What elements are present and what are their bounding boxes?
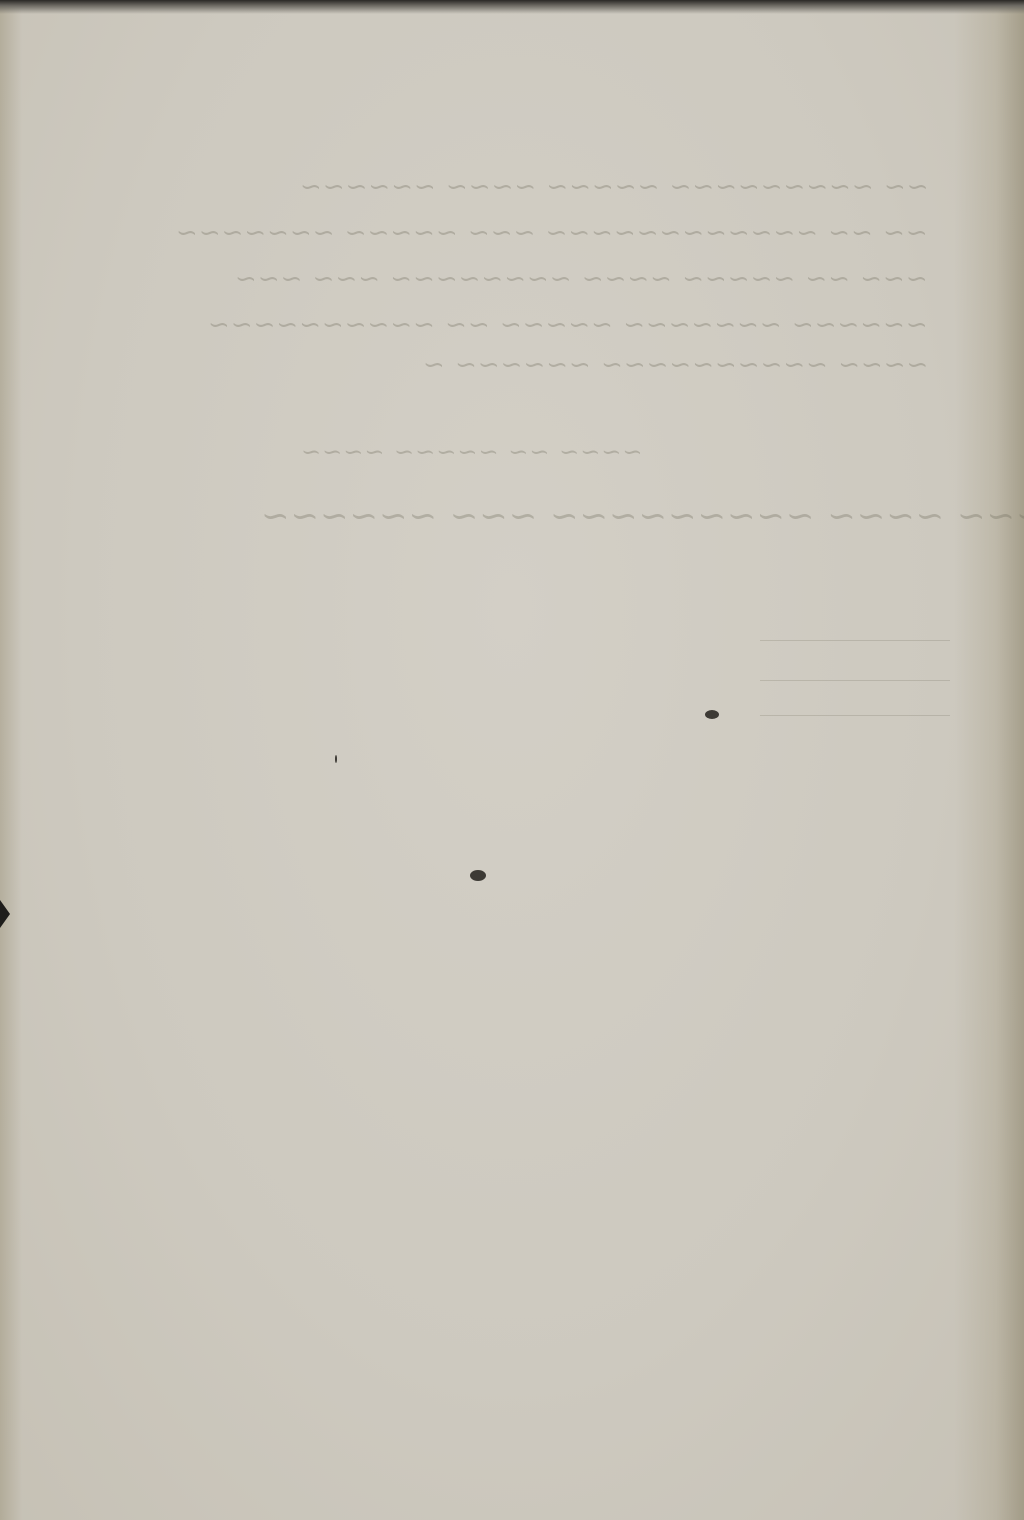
bleed-through-line-5: ~~~~ ~~~~~~~~~~ ~~~~~~ ~ xyxy=(422,350,928,380)
page-notch xyxy=(0,900,10,928)
ink-spot xyxy=(705,710,719,719)
signature-line-2: ~~~~ ~~~~ ~~~~~~~~~ ~~~ ~~~~~~ xyxy=(260,496,1024,536)
page-top-edge xyxy=(0,0,1024,14)
page-right-edge xyxy=(954,0,1024,1520)
faint-rule xyxy=(760,715,950,716)
bleed-through-line-1: ~~ ~~~~~~~~~ ~~~~~ ~~~~ ~~~~~~ xyxy=(299,172,928,202)
bleed-through-line-3: ~~~ ~~ ~~~~~ ~~~~ ~~~~~~~~ ~~~ ~~~ xyxy=(234,264,928,294)
manuscript-page: ~~ ~~~~~~~~~ ~~~~~ ~~~~ ~~~~~~ ~~ ~~ ~~~… xyxy=(0,0,1024,1520)
faint-rule xyxy=(760,640,950,641)
ink-speck xyxy=(335,755,337,763)
faint-rule xyxy=(760,680,950,681)
bleed-through-line-2: ~~ ~~ ~~~~~~~~~~~~ ~~~ ~~~~~ ~~~~~~~ xyxy=(175,218,928,248)
signature-line-1: ~~~~ ~~ ~~~~~ ~~~~ xyxy=(300,438,643,466)
page-left-edge xyxy=(0,0,22,1520)
ink-spot xyxy=(470,870,486,881)
bleed-through-line-4: ~~~~~~ ~~~~~~~ ~~~~~ ~~ ~~~~~~~~~~ xyxy=(207,310,928,340)
